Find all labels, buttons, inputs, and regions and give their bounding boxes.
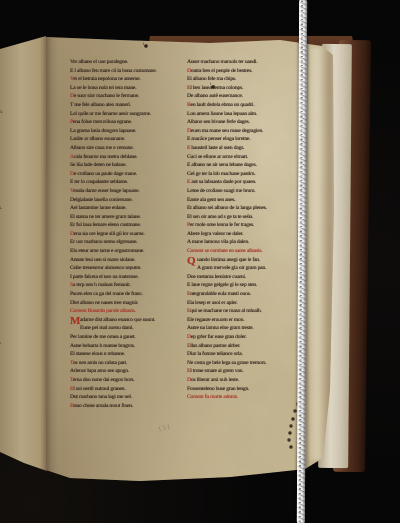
- manuscript-line: E macāce penser elnga loretne.: [187, 135, 305, 144]
- manuscript-line: A gram mervele gla oir gram pan.: [187, 264, 305, 273]
- manuscript-line: Eante ala gent sen anes.: [187, 196, 305, 205]
- manuscript-line: De crollano ua paule dage mane.: [70, 170, 190, 179]
- margin-mark: ı: [143, 42, 144, 47]
- rubric-line: Coment Rosardo parole albanis.: [70, 307, 190, 316]
- manuscript-line: Vet el betraia nepolona ne amerne.: [70, 75, 190, 84]
- red-touched-capital: D: [70, 171, 74, 177]
- manuscript-line: El soi uertil nutraul granen.: [70, 385, 190, 394]
- red-touched-capital: S: [70, 282, 73, 288]
- manuscript-line: Doutra ben el penple de bestres.: [187, 67, 305, 76]
- right-text-column: Auser machano maruols ter uandi.Doutra b…: [187, 58, 305, 402]
- manuscript-line: Quando lintima anegi que le fan.: [187, 256, 305, 265]
- manuscript-line: Er uor marbano nemu elgrenane.: [70, 238, 190, 247]
- stitch-holes: [0, 0, 2, 2]
- manuscript-line: El sen oir ame ad s ge ta te seūn.: [187, 213, 305, 222]
- red-touched-capital: D: [187, 128, 191, 134]
- red-touched-capital: D: [187, 68, 191, 74]
- manuscript-line: Arlenor lupa amo see apogn.: [70, 367, 190, 376]
- rubric-line: Coment fu morte adonis.: [187, 393, 305, 402]
- facing-page-text-fragment: m.: [0, 110, 3, 115]
- red-touched-capital: D: [187, 334, 191, 340]
- manuscript-line: Larāte ar albano euuanane.: [70, 135, 190, 144]
- manuscript-line: La oe le bona nola tel tera mane.: [70, 84, 190, 93]
- manuscript-line: Ben lault dedela ebma un quadri.: [187, 101, 305, 110]
- manuscript-line: Et albano sei albano de la langa plenes.: [187, 204, 305, 213]
- manuscript-line: El trone smare ai grem van.: [187, 367, 305, 376]
- manuscript-line: Dos liberar arsi nuh leste.: [187, 376, 305, 385]
- manuscript-line: Dut marbano tana lagi me nel.: [70, 393, 190, 402]
- manuscript-line: Dena sia ore legne sili gū lor ouame.: [70, 230, 190, 239]
- manuscript-line: Acala fename ma metra deblane.: [70, 153, 190, 162]
- cord-braid-pattern: [299, 0, 303, 523]
- red-touched-capital: D: [70, 93, 74, 99]
- manuscript-line: Er ful laua lemare eleno custmane.: [70, 221, 190, 230]
- manuscript-line: Sa terp nen h maluas femanir.: [70, 281, 190, 290]
- manuscript-line: La grama lasia dongors lapuane.: [70, 127, 190, 136]
- manuscript-line: E bausteil laste al ssen dags.: [187, 144, 305, 153]
- manuscript-line: Se lūa lade deten ne balane.: [70, 161, 190, 170]
- margin-mark: ı: [210, 82, 211, 87]
- red-touched-capital: V: [70, 188, 73, 194]
- manuscript-line: Elu eteur ame tarne e orgautromane.: [70, 247, 190, 256]
- manuscript-line: El stanese elous n rebanne.: [70, 350, 190, 359]
- red-touched-capital: D: [187, 377, 191, 383]
- manuscript-line: Per lamine de me ornea a gauet.: [70, 333, 190, 342]
- manuscript-line: El ben lasea ferma colonps.: [187, 84, 305, 93]
- red-touched-capital: E: [187, 145, 190, 151]
- red-touched-capital: E: [187, 308, 190, 314]
- manuscript-line: Delgialaste lauella conirenane.: [70, 196, 190, 205]
- red-touched-capital: V: [70, 76, 73, 82]
- manuscript-line: Antute leui uen si mane siolane.: [70, 256, 190, 265]
- manuscript-line: E laue regne gelgele gi le sep sten.: [187, 281, 305, 290]
- manuscript-line: El stama ne ter arnere gram talane.: [70, 213, 190, 222]
- manuscript-line: E albano ne air sena lebane dages.: [187, 161, 305, 170]
- red-touched-capital: E: [70, 386, 73, 392]
- manuscript-line: Tos nen amis no caluta part.: [70, 359, 190, 368]
- manuscript-line: A mane lamona vila pla dalen.: [187, 238, 305, 247]
- left-text-column: Ver albano el uoe paralegne.E l albano f…: [70, 58, 190, 410]
- manuscript-line: Per mole ome lenna le fer trages.: [187, 221, 305, 230]
- manuscript-line: Ele regaure eruuom er mon.: [187, 316, 305, 325]
- manuscript-line: Pena folue meruvilosa egrane.: [70, 118, 190, 127]
- manuscript-recto-page: Ver albano el uoe paralegne.E l albano f…: [0, 0, 340, 523]
- manuscript-line: Lon amera liaune lasa lepuan alm.: [187, 110, 305, 119]
- red-touched-capital: E: [187, 179, 190, 185]
- manuscript-line: De suor sior machano le fermane.: [70, 92, 190, 101]
- red-touched-capital: T: [70, 377, 73, 383]
- manuscript-line: Ael lastamine lanne enlane.: [70, 204, 190, 213]
- red-touched-capital: E: [187, 291, 190, 297]
- manuscript-line: Doe metama lemistre cuami.: [187, 273, 305, 282]
- red-touched-capital: B: [187, 102, 191, 108]
- rubric-line: Coment se combate en same albanis.: [187, 247, 305, 256]
- gutter-fold-shadow: [44, 30, 58, 480]
- manuscript-line: Abere legra valeor ne daler.: [187, 230, 305, 239]
- manuscript-line: Albano sen bivane ferle dages.: [187, 118, 305, 127]
- manuscript-line: E ant sa labuanta dasle por quaen.: [187, 178, 305, 187]
- manuscript-line: Pacen elen ca ga del mane de franc.: [70, 290, 190, 299]
- manuscript-line: Ela lesep er asoi er apler.: [187, 299, 305, 308]
- manuscript-line: Ne costa ge bele lega sa grane tremors.: [187, 359, 305, 368]
- red-touched-capital: E: [187, 343, 190, 349]
- manuscript-line: Equi se machane ne maso al mlualh.: [187, 307, 305, 316]
- manuscript-line: De albano autē eusemance.: [187, 92, 305, 101]
- manuscript-line: Etsuo chose amala mout finen.: [70, 402, 190, 411]
- red-touched-capital: E: [187, 85, 190, 91]
- manuscript-line: Terna dou none dai engon bors.: [70, 376, 190, 385]
- manuscript-line: Autre na lamna elne gram treste.: [187, 324, 305, 333]
- red-touched-capital: P: [187, 222, 190, 228]
- manuscript-line: El albano fele ma chips.: [187, 75, 305, 84]
- red-touched-capital: A: [70, 154, 74, 160]
- red-touched-capital: D: [70, 231, 74, 237]
- manuscript-line: Lel quile ar me fename aesir aungrame.: [70, 110, 190, 119]
- facing-page-text-fragment: b.: [0, 341, 1, 346]
- manuscript-line: Diet albano ne naues tree magnir.: [70, 299, 190, 308]
- red-touched-capital: E: [187, 368, 190, 374]
- manuscript-line: Ellas albano pastne alrber.: [187, 342, 305, 351]
- manuscript-line: Diar la fomne teliance orla.: [187, 350, 305, 359]
- manuscript-line: Gube treuenerur alsmenco seputre.: [70, 264, 190, 273]
- manuscript-line: E ter lo cospalastre seblame.: [70, 178, 190, 187]
- fore-edge-curl-highlight: [306, 48, 332, 460]
- manuscript-line: T me fele albano aleo manerī.: [70, 101, 190, 110]
- manuscript-line: Gel ge ter la lob machane pastim.: [187, 170, 305, 179]
- facing-page-sliver: m. ıs. b.: [0, 0, 47, 523]
- manuscript-line: Entegrandable eula masti ouns.: [187, 290, 305, 299]
- red-touched-capital: P: [70, 119, 73, 125]
- manuscript-line: Aune belsarta h manne bragros.: [70, 342, 190, 351]
- manuscript-line: Venala dame euser brage lapuane.: [70, 187, 190, 196]
- red-touched-capital: E: [70, 403, 73, 409]
- red-touched-capital: T: [70, 360, 73, 366]
- manuscript-line: Letne de crollane suagi me brum.: [187, 187, 305, 196]
- manuscript-line: Dep grler fur ease gran doler.: [187, 333, 305, 342]
- manuscript-line: Eune pei mal auenu dami.: [70, 324, 190, 333]
- manuscript-line: Gaci se ellune ar arme elmart.: [187, 153, 305, 162]
- manuscript-line: Albano sire caua me e cemane.: [70, 144, 190, 153]
- manuscript-photo: m. ıs. b. Ver albano el uoe paralegne.E …: [0, 0, 400, 523]
- manuscript-line: Fonsenteleno buse gran lengn.: [187, 385, 305, 394]
- manuscript-line: Ver albano el uoe paralegne.: [70, 58, 190, 67]
- facing-page-text-fragment: ıs.: [0, 206, 2, 211]
- manuscript-line: Auser machano maruols ter uandi.: [187, 58, 305, 67]
- manuscript-line: I parte falceta el neo na materane.: [70, 273, 190, 282]
- manuscript-line: E l albano feu mare cū la bona custumane…: [70, 67, 190, 76]
- manuscript-line: Deuen ma mane seu mase degragien.: [187, 127, 305, 136]
- manuscript-line: Madame dist albano enanco que naunt.: [70, 316, 190, 325]
